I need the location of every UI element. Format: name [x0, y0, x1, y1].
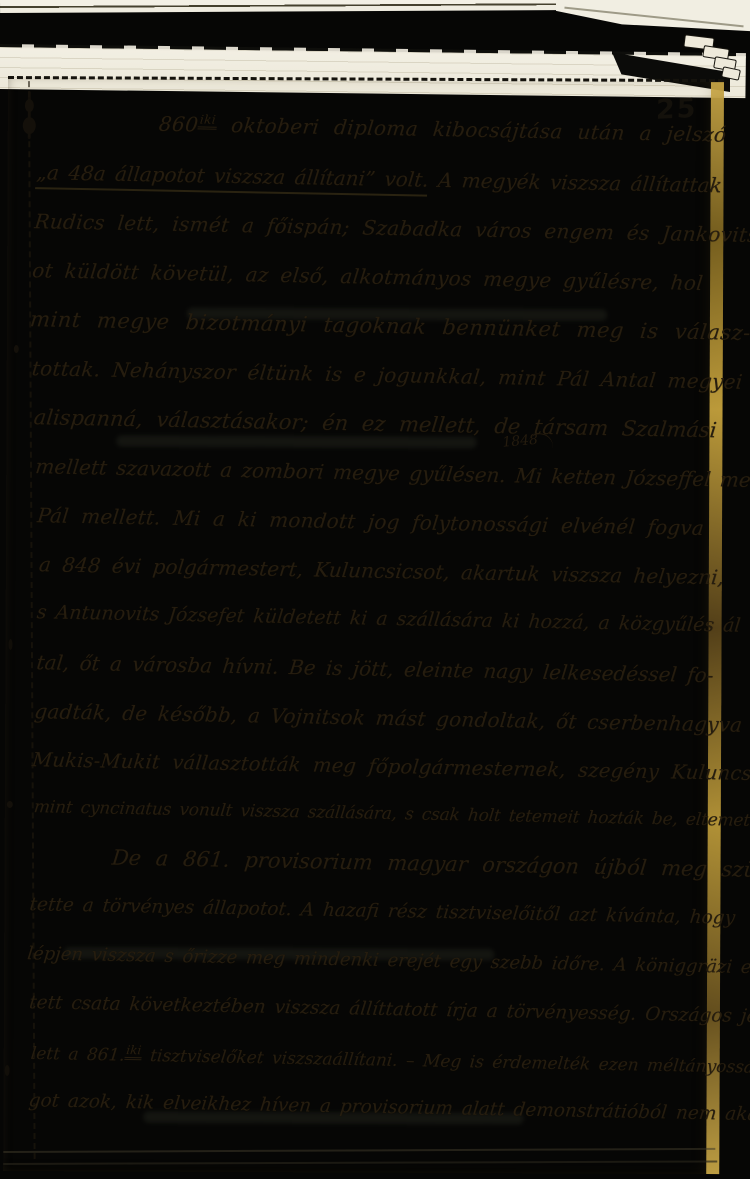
sheet-edge-line — [3, 1148, 715, 1153]
ink-blot — [28, 91, 31, 139]
page-above-edge — [0, 0, 578, 13]
line-text: oktoberi diploma kibocsájtása után a jel… — [215, 113, 727, 147]
manuscript-line: lett a 861.iki tisztviselőket viszszaáll… — [30, 1041, 750, 1078]
sheet-edge-line — [3, 1160, 717, 1164]
interlinear-insertion: 1848 — [502, 432, 539, 451]
manuscript-page: 25 860iki oktoberi diploma kibocsájtása … — [3, 76, 724, 1174]
superscript-suffix: iki — [124, 1043, 143, 1060]
manuscript-line: „a 48a állapotot viszsza állítani” volt.… — [36, 160, 724, 197]
manuscript-line: s Antunovits Józsefet küldetett ki a szá… — [36, 601, 742, 637]
superscript-suffix: iki — [198, 113, 218, 130]
manuscript-line: Rudics lett, ismét a főispán; Szabadka v… — [33, 209, 750, 247]
ink-blot — [8, 639, 12, 650]
manuscript-line: tett csata következtében viszsza állítta… — [28, 992, 750, 1029]
underlined-phrase: „a 48a állapotot viszsza állítani” volt. — [35, 160, 430, 196]
page-above-corner — [556, 0, 750, 42]
line-text: lett a 861. — [30, 1044, 126, 1066]
line-text: tisztviselőket viszszaállítani. – Meg is… — [141, 1046, 750, 1078]
manuscript-line: a 848 évi polgármestert, Kuluncsicsot, a… — [38, 552, 725, 589]
manuscript-line: mint cyncinatus vonult viszsza szállásár… — [33, 797, 750, 831]
manuscript-line: ot küldött követül, az első, alkotmányos… — [31, 258, 704, 295]
manuscript-line: tal, őt a városba hívni. Be is jött, ele… — [35, 650, 714, 687]
manuscript-line: tette a törvényes állapotot. A hazafi ré… — [28, 894, 736, 930]
ink-blot — [7, 801, 13, 808]
line-text: 860 — [158, 112, 200, 137]
manuscript-line: gadták, de később, a Vojnitsok mást gond… — [33, 699, 743, 737]
manuscript-line: mellett szavazott a zombori megye gyűlés… — [34, 454, 750, 493]
manuscript-line: 860iki oktoberi diploma kibocsájtása utá… — [158, 112, 728, 147]
manuscript-line: tottak. Nehányszor éltünk is e jogunkkal… — [31, 356, 744, 394]
manuscript-line: Pál mellett. Mi a ki mondott jog folyton… — [36, 503, 705, 540]
ink-blot — [14, 345, 19, 353]
line-text: A megyék viszsza állítattak — [427, 168, 723, 198]
manuscript-line: Mukis-Mukit vállasztották meg főpolgárme… — [31, 748, 750, 786]
ink-blot — [5, 1065, 10, 1076]
manuscript-line: De a 861. provisorium magyar országon új… — [111, 846, 750, 884]
